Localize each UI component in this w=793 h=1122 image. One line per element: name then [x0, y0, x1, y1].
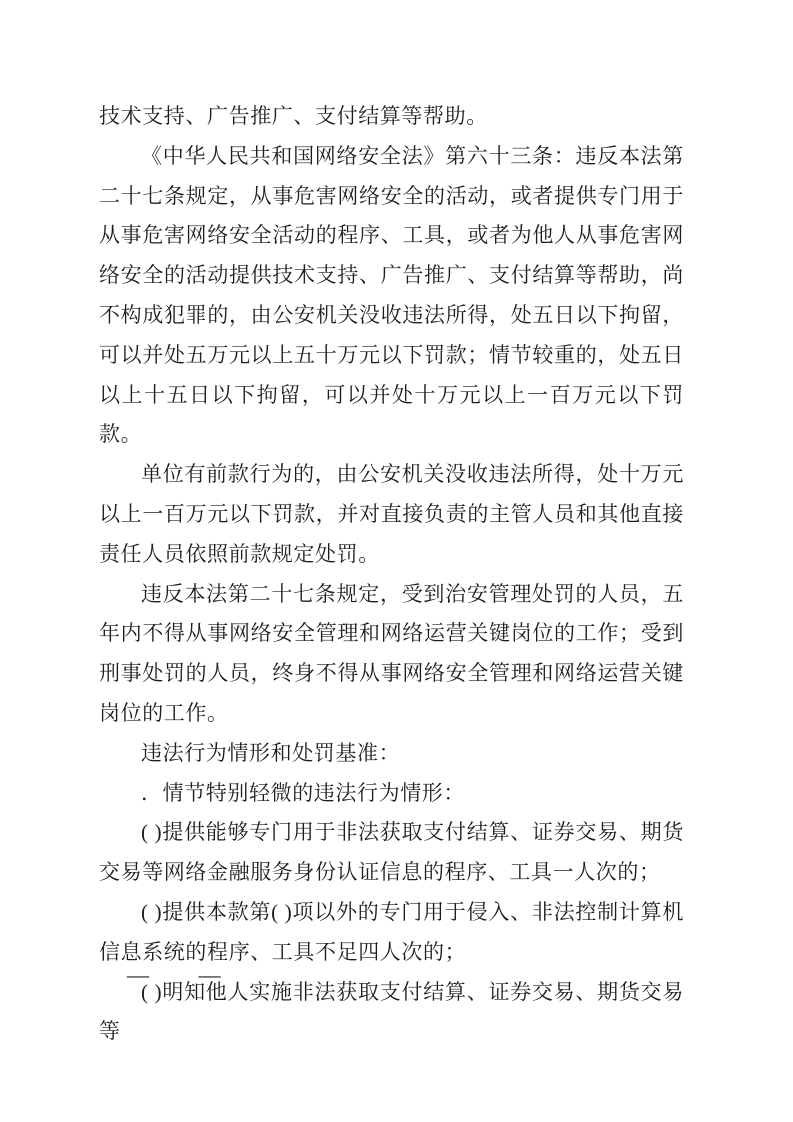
document-body: 技术支持、广告推广、支付结算等帮助。 《中华人民共和国网络安全法》第六十三条：违… — [99, 97, 684, 1052]
document-page: 技术支持、广告推广、支付结算等帮助。 《中华人民共和国网络安全法》第六十三条：违… — [0, 0, 793, 1122]
page-number-dash-right: — — [199, 962, 221, 988]
paragraph-item-2: ( )提供本款第( )项以外的专门用于侵入、非法控制计算机信息系统的程序、工具不… — [99, 893, 684, 973]
paragraph-item-1: ( )提供能够专门用于非法获取支付结算、证券交易、期货交易等网络金融服务身份认证… — [99, 813, 684, 893]
page-number-dash-left: — — [127, 962, 149, 988]
paragraph-minor-circumstances-heading: ．情节特别轻微的违法行为情形： — [99, 774, 684, 814]
paragraph-continuation: 技术支持、广告推广、支付结算等帮助。 — [99, 97, 684, 137]
paragraph-employment-ban: 违反本法第二十七条规定，受到治安管理处罚的人员，五年内不得从事网络安全管理和网络… — [99, 575, 684, 734]
paragraph-penalty-basis-heading: 违法行为情形和处罚基准： — [99, 734, 684, 774]
paragraph-law-article-63: 《中华人民共和国网络安全法》第六十三条：违反本法第二十七条规定，从事危害网络安全… — [99, 137, 684, 455]
paragraph-unit-violation: 单位有前款行为的，由公安机关没收违法所得，处十万元以上一百万元以下罚款，并对直接… — [99, 455, 684, 574]
page-footer: — — — [127, 962, 221, 988]
